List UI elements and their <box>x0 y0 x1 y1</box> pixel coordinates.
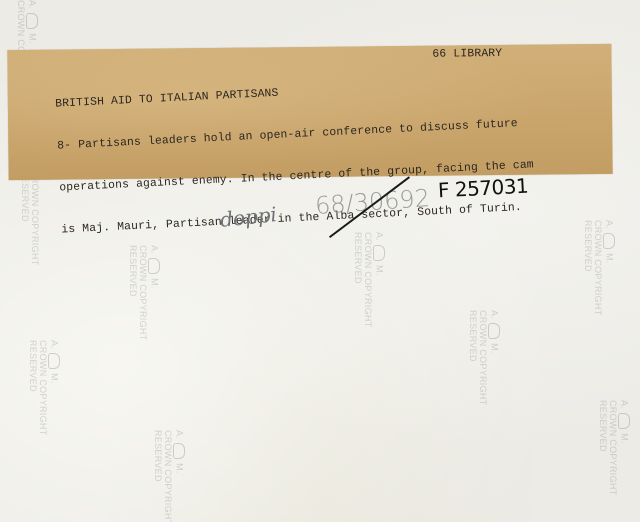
stamp-initial: M. <box>605 253 615 264</box>
stamp-text: CROWN COPYRIGHT <box>30 170 40 266</box>
crown-icon <box>603 233 615 249</box>
stamp-text: RESERVED <box>153 430 163 522</box>
ink-reference-number: F 257031 <box>437 174 528 203</box>
stamp-initial: M. <box>150 278 160 289</box>
stamp-initial: M. <box>50 373 60 384</box>
caption-line: is Maj. Mauri, Partisan leader in the Al… <box>61 200 536 237</box>
stamp-text: CROWN COPYRIGHT <box>163 430 173 522</box>
stamp-initial: M. <box>28 33 38 44</box>
crown-icon <box>48 353 60 369</box>
crown-copyright-stamp: A.M. CROWN COPYRIGHT RESERVED <box>468 310 500 406</box>
crown-copyright-stamp: A.M. CROWN COPYRIGHT RESERVED <box>28 340 60 436</box>
stamp-text: RESERVED <box>598 400 608 496</box>
stamp-initial: A. <box>490 310 500 319</box>
stamp-initial: M. <box>490 343 500 354</box>
stamp-initial: A. <box>28 0 38 9</box>
crown-icon <box>618 413 630 429</box>
stamp-initial: A. <box>605 220 615 229</box>
stamp-initial: A. <box>175 430 185 439</box>
crown-copyright-stamp: A.M. CROWN COPYRIGHT RESERVED <box>583 220 615 316</box>
crown-copyright-stamp: A.M. CROWN COPYRIGHT RESERVED <box>598 400 630 496</box>
stamp-initial: M. <box>175 463 185 474</box>
stamp-text: RESERVED <box>468 310 478 406</box>
stamp-text: RESERVED <box>20 170 30 266</box>
stamp-text: CROWN COPYRIGHT <box>38 340 48 436</box>
caption-text: BRITISH AID TO ITALIAN PARTISANS 8- Part… <box>54 46 538 265</box>
crown-icon <box>173 443 185 459</box>
caption-line: 8- Partisans leaders hold an open-air co… <box>57 116 532 153</box>
crown-icon <box>488 323 500 339</box>
crown-copyright-stamp: A.M. CROWN COPYRIGHT RESERVED <box>153 430 185 522</box>
stamp-text: RESERVED <box>583 220 593 316</box>
stamp-initial: A. <box>620 400 630 409</box>
stamp-text: CROWN COPYRIGHT <box>478 310 488 406</box>
caption-label: 66 LIBRARY BRITISH AID TO ITALIAN PARTIS… <box>7 44 612 180</box>
caption-title: BRITISH AID TO ITALIAN PARTISANS <box>55 74 530 111</box>
stamp-text: RESERVED <box>28 340 38 436</box>
stamp-text: CROWN COPYRIGHT <box>593 220 603 316</box>
stamp-initial: M. <box>375 265 385 276</box>
crown-icon <box>26 13 38 29</box>
stamp-initial: M. <box>620 433 630 444</box>
stamp-text: CROWN COPYRIGHT <box>608 400 618 496</box>
stamp-initial: A. <box>50 340 60 349</box>
crown-copyright-stamp: CROWN COPYRIGHT RESERVED <box>20 170 40 266</box>
